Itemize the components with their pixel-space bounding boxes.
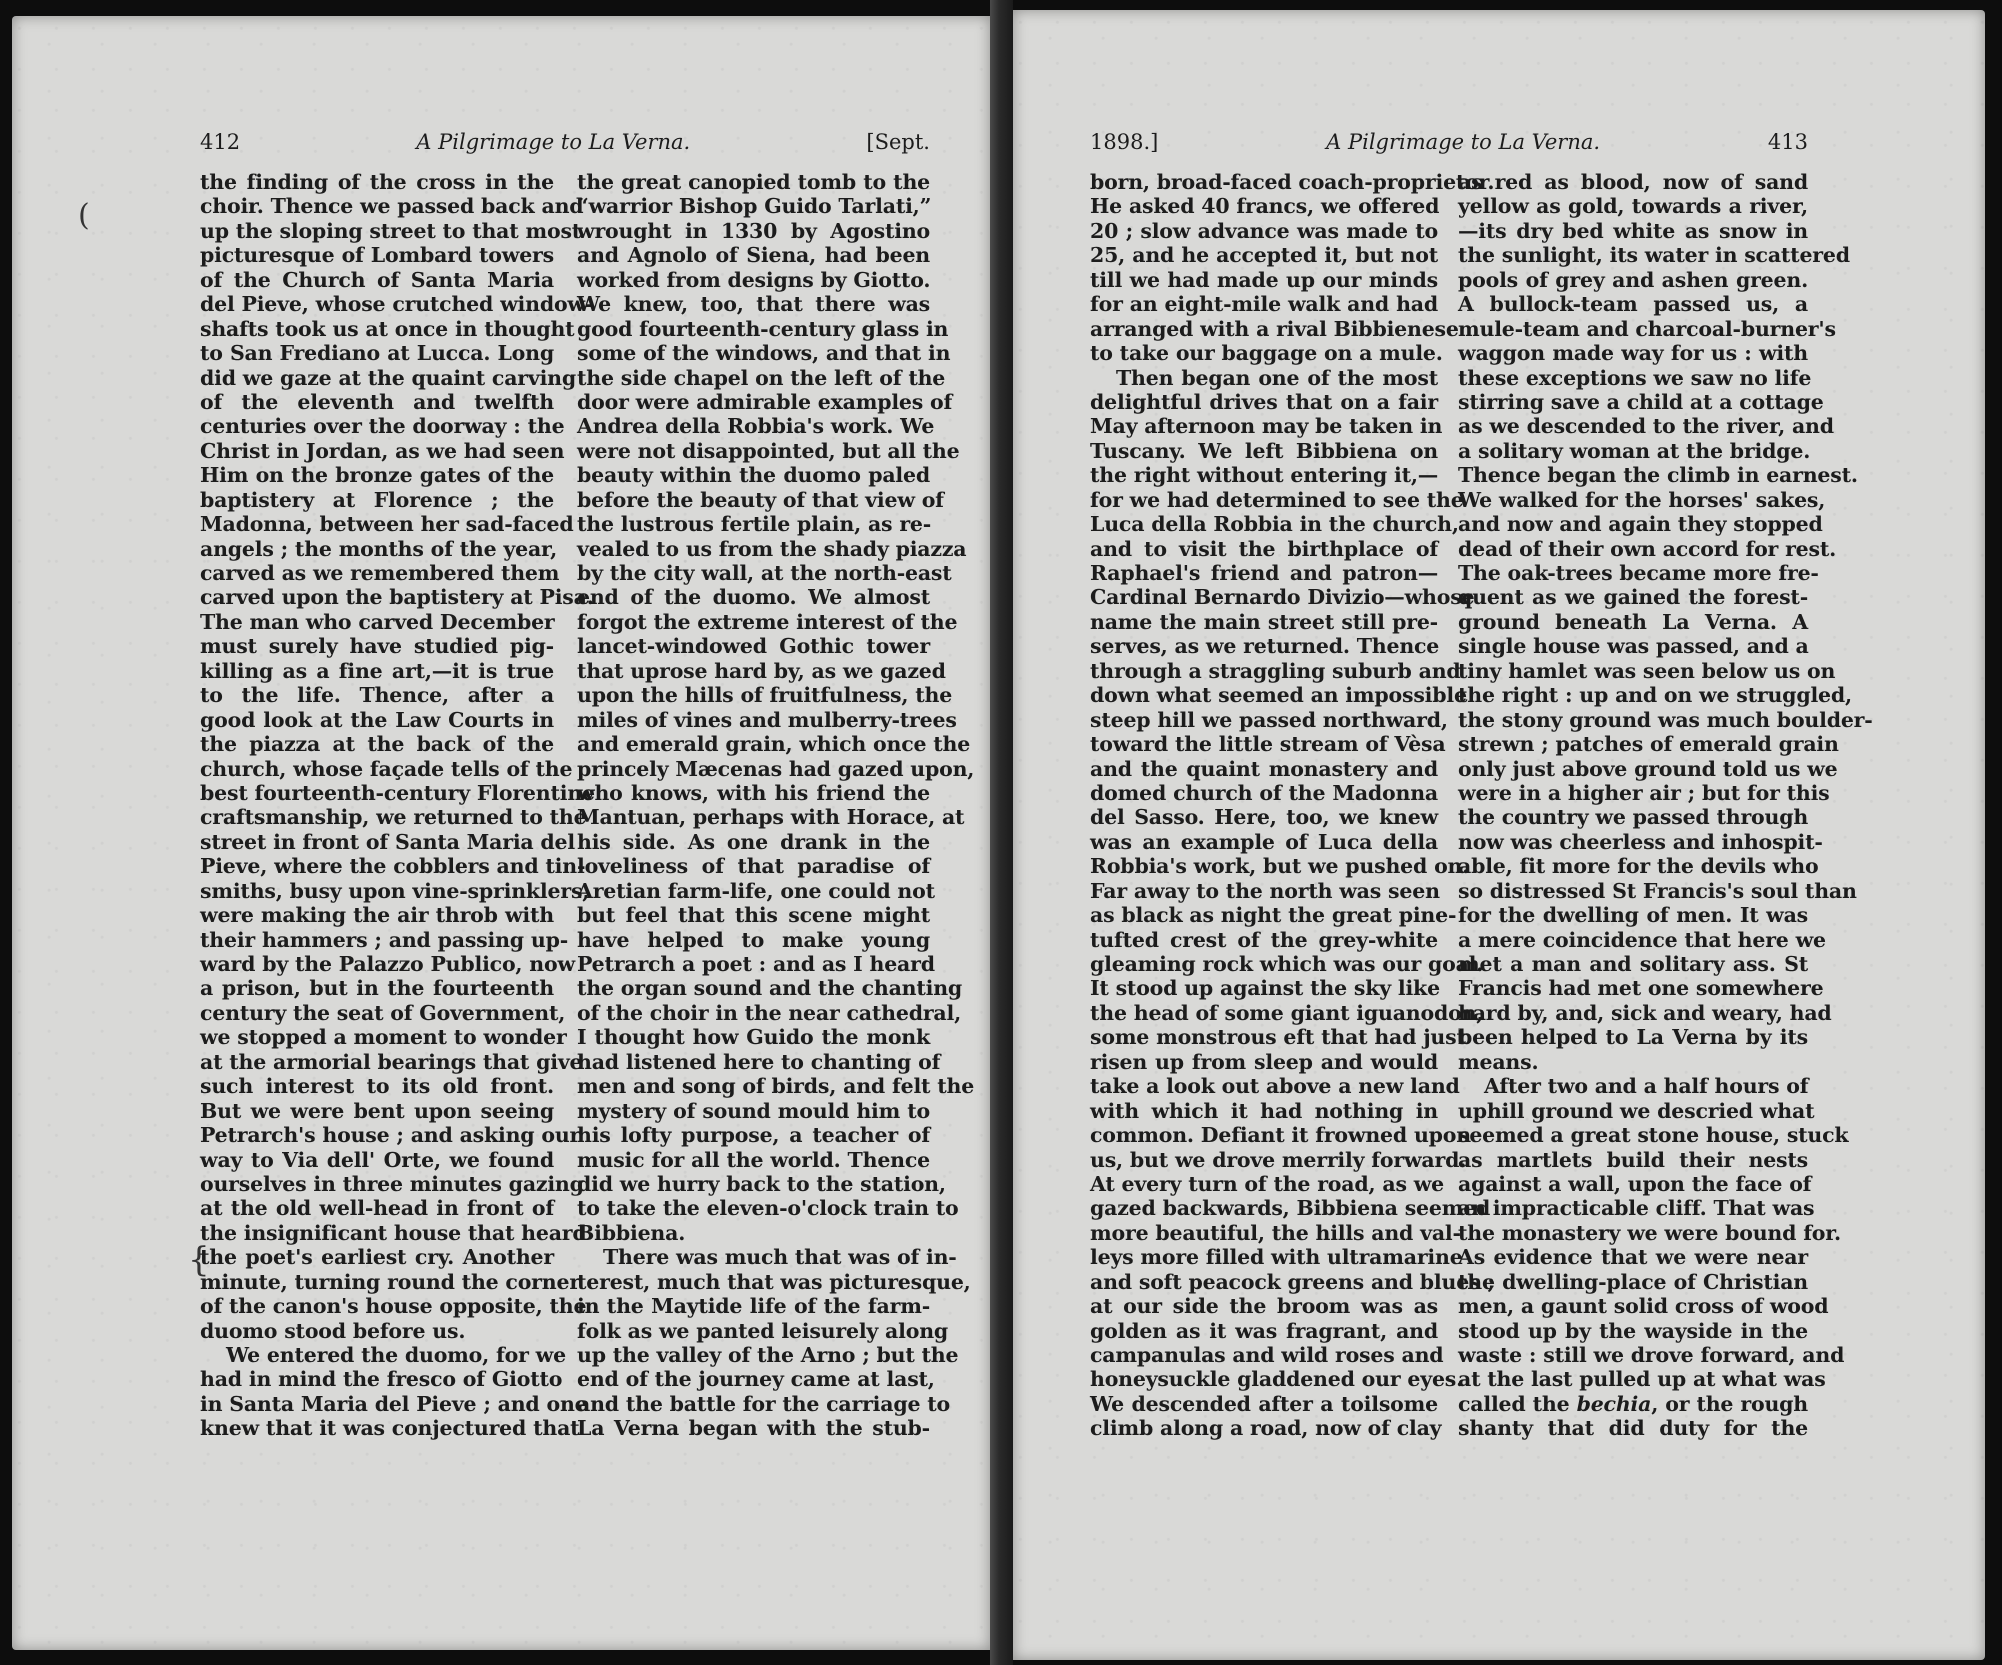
text-line: to take the eleven-o'clock train to [577, 1196, 930, 1220]
text-line: was an example of Luca della [1090, 830, 1438, 854]
text-line: at our side the broom was as [1090, 1294, 1438, 1318]
text-line: these exceptions we saw no life [1458, 366, 1808, 390]
text-line: best fourteenth-century Florentine [200, 781, 554, 805]
page-number-left: 412 [200, 127, 240, 157]
text-line: seemed a great stone house, stuck [1458, 1123, 1808, 1147]
text-line: able, fit more for the devils who [1458, 854, 1808, 878]
text-line: Far away to the north was seen [1090, 879, 1438, 903]
text-line: good fourteenth-century glass in [577, 317, 930, 341]
text-line: for we had determined to see the [1090, 488, 1438, 512]
text-line: did we gaze at the quaint carving [200, 366, 554, 390]
text-line: at the armorial bearings that give [200, 1050, 554, 1074]
text-line: picturesque of Lombard towers [200, 243, 554, 267]
running-title-left: A Pilgrimage to La Verna. [416, 127, 690, 157]
text-line: Robbia's work, but we pushed on. [1090, 854, 1438, 878]
text-line: stood up by the wayside in the [1458, 1319, 1808, 1343]
text-line: Then began one of the most [1090, 366, 1438, 390]
text-line: mystery of sound mould him to [577, 1099, 930, 1123]
text-line: to the life. Thence, after a [200, 683, 554, 707]
text-line: for an eight-mile walk and had [1090, 292, 1438, 316]
text-line: music for all the world. Thence [577, 1148, 930, 1172]
text-line: shafts took us at once in thought [200, 317, 554, 341]
text-line: had listened here to chanting of [577, 1050, 930, 1074]
text-line: I thought how Guido the monk [577, 1025, 930, 1049]
text-line: the finding of the cross in the [200, 170, 554, 194]
margin-pencil-mark: ( [78, 198, 90, 233]
text-line: the insignificant house that heard [200, 1221, 554, 1245]
text-line: Thence began the climb in earnest. [1458, 463, 1808, 487]
text-line: Mantuan, perhaps with Horace, at [577, 805, 930, 829]
text-line: forgot the extreme interest of the [577, 610, 930, 634]
text-line: It stood up against the sky like [1090, 976, 1438, 1000]
text-line: climb along a road, now of clay [1090, 1416, 1438, 1440]
text-line: Christ in Jordan, as we had seen [200, 439, 554, 463]
text-line: He asked 40 francs, we offered [1090, 194, 1438, 218]
text-line: shanty that did duty for the [1458, 1416, 1808, 1440]
text-line: as red as blood, now of sand [1458, 170, 1808, 194]
text-line: golden as it was fragrant, and [1090, 1319, 1438, 1343]
text-line: Raphael's friend and patron— [1090, 561, 1438, 585]
text-line: take a look out above a new land [1090, 1074, 1438, 1098]
text-line: At every turn of the road, as we [1090, 1172, 1438, 1196]
text-line: domed church of the Madonna [1090, 781, 1438, 805]
text-line: way to Via dell' Orte, we found [200, 1148, 554, 1172]
text-line: loveliness of that paradise of [577, 854, 930, 878]
text-line: street in front of Santa Maria del [200, 830, 554, 854]
text-line: must surely have studied pig- [200, 634, 554, 658]
text-line: common. Defiant it frowned upon [1090, 1123, 1438, 1147]
text-line: before the beauty of that view of [577, 488, 930, 512]
text-line: of the Church of Santa Maria [200, 268, 554, 292]
text-line: hard by, and, sick and weary, had [1458, 1001, 1808, 1025]
text-line: his lofty purpose, a teacher of [577, 1123, 930, 1147]
text-line: 20 ; slow advance was made to [1090, 219, 1438, 243]
text-line: were making the air throb with [200, 903, 554, 927]
text-line: Luca della Robbia in the church, [1090, 512, 1438, 536]
text-line: and the quaint monastery and [1090, 757, 1438, 781]
text-line: the poet's earliest cry. Another [200, 1245, 554, 1269]
text-line: lancet-windowed Gothic tower [577, 634, 930, 658]
text-line: La Verna began with the stub- [577, 1416, 930, 1440]
text-line: May afternoon may be taken in [1090, 414, 1438, 438]
text-line: Petrarch's house ; and asking our [200, 1123, 554, 1147]
text-line: some of the windows, and that in [577, 341, 930, 365]
text-line: name the main street still pre- [1090, 610, 1438, 634]
text-line: the head of some giant iguanodon, [1090, 1001, 1438, 1025]
text-line: princely Mæcenas had gazed upon, [577, 757, 930, 781]
text-line: us, but we drove merrily forward. [1090, 1148, 1438, 1172]
left-page-column-1: the finding of the cross in thechoir. Th… [200, 170, 554, 1441]
text-line: at the old well-head in front of [200, 1196, 554, 1220]
text-line: miles of vines and mulberry-trees [577, 708, 930, 732]
text-line: There was much that was of in- [577, 1245, 930, 1269]
text-line: of the choir in the near cathedral, [577, 1001, 930, 1025]
text-line: his side. As one drank in the [577, 830, 930, 854]
text-line: steep hill we passed northward, [1090, 708, 1438, 732]
text-line: strewn ; patches of emerald grain [1458, 732, 1808, 756]
text-line: tiny hamlet was seen below us on [1458, 659, 1808, 683]
text-line: We walked for the horses' sakes, [1458, 488, 1808, 512]
text-line: for the dwelling of men. It was [1458, 903, 1808, 927]
text-line: dead of their own accord for rest. [1458, 537, 1808, 561]
text-line: to take our baggage on a mule. [1090, 341, 1438, 365]
text-line: yellow as gold, towards a river, [1458, 194, 1808, 218]
text-line: arranged with a rival Bibbienese [1090, 317, 1438, 341]
text-line: Pieve, where the cobblers and tin- [200, 854, 554, 878]
text-line: who knows, with his friend the [577, 781, 930, 805]
text-line: so distressed St Francis's soul than [1458, 879, 1808, 903]
running-title-right: A Pilgrimage to La Verna. [1326, 127, 1600, 157]
text-line: that uprose hard by, as we gazed [577, 659, 930, 683]
text-line: Aretian farm-life, one could not [577, 879, 930, 903]
text-line: been helped to La Verna by its [1458, 1025, 1808, 1049]
text-line: in Santa Maria del Pieve ; and one [200, 1392, 554, 1416]
text-line: honeysuckle gladdened our eyes. [1090, 1367, 1438, 1391]
text-line: knew that it was conjectured that [200, 1416, 554, 1440]
text-line: and Agnolo of Siena, had been [577, 243, 930, 267]
text-line: Francis had met one somewhere [1458, 976, 1808, 1000]
italic-word: bechia [1577, 1392, 1652, 1416]
text-line: quent as we gained the forest- [1458, 585, 1808, 609]
text-line: called the bechia, or the rough [1458, 1392, 1808, 1416]
text-line: the country we passed through [1458, 805, 1808, 829]
text-line: del Pieve, whose crutched window- [200, 292, 554, 316]
text-line: “warrior Bishop Guido Tarlati,” [577, 194, 930, 218]
text-line: Him on the bronze gates of the [200, 463, 554, 487]
text-line: We knew, too, that there was [577, 292, 930, 316]
text-line: we stopped a moment to wonder [200, 1025, 554, 1049]
text-line: the piazza at the back of the [200, 732, 554, 756]
text-line: waggon made way for us : with [1458, 341, 1808, 365]
text-line: gleaming rock which was our goal. [1090, 952, 1438, 976]
text-line: Cardinal Bernardo Divizio—whose [1090, 585, 1438, 609]
text-line: and the battle for the carriage to [577, 1392, 930, 1416]
text-line: terest, much that was picturesque, [577, 1270, 930, 1294]
text-line: We entered the duomo, for we [200, 1343, 554, 1367]
text-line: and soft peacock greens and blues ; [1090, 1270, 1438, 1294]
text-line: at the last pulled up at what was [1458, 1367, 1808, 1391]
text-line: risen up from sleep and would [1090, 1050, 1438, 1074]
text-line: delightful drives that on a fair [1090, 390, 1438, 414]
text-line: Petrarch a poet : and as I heard [577, 952, 930, 976]
text-line: centuries over the doorway : the [200, 414, 554, 438]
text-line: end of the journey came at last, [577, 1367, 930, 1391]
text-line: the side chapel on the left of the [577, 366, 930, 390]
text-line: century the seat of Government, [200, 1001, 554, 1025]
text-line: men and song of birds, and felt the [577, 1074, 930, 1098]
text-line: through a straggling suburb and [1090, 659, 1438, 683]
text-line: have helped to make young [577, 928, 930, 952]
text-line: means. [1458, 1050, 1808, 1074]
text-line: After two and a half hours of [1458, 1074, 1808, 1098]
text-line: killing as a fine art,—it is true [200, 659, 554, 683]
text-line: uphill ground we descried what [1458, 1099, 1808, 1123]
text-line: the lustrous fertile plain, as re- [577, 512, 930, 536]
text-line: such interest to its old front. [200, 1074, 554, 1098]
text-line: Andrea della Robbia's work. We [577, 414, 930, 438]
text-line: more beautiful, the hills and val- [1090, 1221, 1438, 1245]
text-line: men, a gaunt solid cross of wood [1458, 1294, 1808, 1318]
text-line: were in a higher air ; but for this [1458, 781, 1808, 805]
text-line: the stony ground was much boulder- [1458, 708, 1808, 732]
text-line: pools of grey and ashen green. [1458, 268, 1808, 292]
text-line: wrought in 1330 by Agostino [577, 219, 930, 243]
text-line: in the Maytide life of the farm- [577, 1294, 930, 1318]
text-line: to San Frediano at Lucca. Long [200, 341, 554, 365]
text-line: We descended after a toilsome [1090, 1392, 1438, 1416]
text-line: the dwelling-place of Christian [1458, 1270, 1808, 1294]
text-line: and now and again they stopped [1458, 512, 1808, 536]
text-line: of the canon's house opposite, the [200, 1294, 554, 1318]
text-line: —its dry bed white as snow in [1458, 219, 1808, 243]
text-line: ward by the Palazzo Publico, now [200, 952, 554, 976]
left-page-header: 412 A Pilgrimage to La Verna. [Sept. [200, 127, 930, 157]
text-line: stirring save a child at a cottage [1458, 390, 1808, 414]
text-line: Bibbiena. [577, 1221, 930, 1245]
text-line: now was cheerless and inhospit- [1458, 830, 1808, 854]
right-page-column-2: as red as blood, now of sandyellow as go… [1458, 170, 1808, 1441]
text-line: but feel that this scene might [577, 903, 930, 927]
text-line: some monstrous eft that had just [1090, 1025, 1438, 1049]
right-page-header: 1898.] A Pilgrimage to La Verna. 413 [1090, 127, 1808, 157]
text-line: carved as we remembered them [200, 561, 554, 585]
text-line: had in mind the fresco of Giotto [200, 1367, 554, 1391]
text-line: The oak-trees became more fre- [1458, 561, 1808, 585]
text-line: As evidence that we were near [1458, 1245, 1808, 1269]
text-line: the organ sound and the chanting [577, 976, 930, 1000]
text-line: of the eleventh and twelfth [200, 390, 554, 414]
text-line: The man who carved December [200, 610, 554, 634]
text-line: born, broad-faced coach-proprietor. [1090, 170, 1438, 194]
text-line: ourselves in three minutes gazing [200, 1172, 554, 1196]
text-line: mule-team and charcoal-burner's [1458, 317, 1808, 341]
text-line: 25, and he accepted it, but not [1090, 243, 1438, 267]
text-line: up the sloping street to that most [200, 219, 554, 243]
text-line: the right : up and on we struggled, [1458, 683, 1808, 707]
text-line: the monastery we were bound for. [1458, 1221, 1808, 1245]
text-line: choir. Thence we passed back and [200, 194, 554, 218]
text-line: Madonna, between her sad-faced [200, 512, 554, 536]
text-line: against a wall, upon the face of [1458, 1172, 1808, 1196]
text-line: del Sasso. Here, too, we knew [1090, 805, 1438, 829]
text-line: beauty within the duomo paled [577, 463, 930, 487]
left-page-column-2: the great canopied tomb to the“warrior B… [577, 170, 930, 1441]
date-mark-left: [Sept. [866, 127, 930, 157]
text-line: did we hurry back to the station, [577, 1172, 930, 1196]
text-line: the right without entering it,— [1090, 463, 1438, 487]
text-line: folk as we panted leisurely along [577, 1319, 930, 1343]
text-line: waste : still we drove forward, and [1458, 1343, 1808, 1367]
date-mark-right: 1898.] [1090, 127, 1158, 157]
text-line: and emerald grain, which once the [577, 732, 930, 756]
text-line: a mere coincidence that here we [1458, 928, 1808, 952]
text-line: single house was passed, and a [1458, 634, 1808, 658]
text-line: were not disappointed, but all the [577, 439, 930, 463]
text-line: with which it had nothing in [1090, 1099, 1438, 1123]
text-line: down what seemed an impossible [1090, 683, 1438, 707]
text-line: smiths, busy upon vine-sprinklers, [200, 879, 554, 903]
text-line: toward the little stream of Vèsa [1090, 732, 1438, 756]
text-line: by the city wall, at the north-east [577, 561, 930, 585]
text-line: serves, as we returned. Thence [1090, 634, 1438, 658]
text-line: met a man and solitary ass. St [1458, 952, 1808, 976]
text-line: Tuscany. We left Bibbiena on [1090, 439, 1438, 463]
text-line: carved upon the baptistery at Pisa. [200, 585, 554, 609]
text-line: minute, turning round the corner [200, 1270, 554, 1294]
text-line: a solitary woman at the bridge. [1458, 439, 1808, 463]
text-line: good look at the Law Courts in [200, 708, 554, 732]
text-line: But we were bent upon seeing [200, 1099, 554, 1123]
text-line: leys more filled with ultramarine [1090, 1245, 1438, 1269]
text-line: campanulas and wild roses and [1090, 1343, 1438, 1367]
text-line: their hammers ; and passing up- [200, 928, 554, 952]
right-page-column-1: born, broad-faced coach-proprietor.He as… [1090, 170, 1438, 1441]
text-line: as we descended to the river, and [1458, 414, 1808, 438]
text-line: and to visit the birthplace of [1090, 537, 1438, 561]
text-line: as black as night the great pine- [1090, 903, 1438, 927]
text-line: end of the duomo. We almost [577, 585, 930, 609]
page-number-right: 413 [1768, 127, 1808, 157]
text-line: tufted crest of the grey-white [1090, 928, 1438, 952]
text-line: ground beneath La Verna. A [1458, 610, 1808, 634]
text-line: till we had made up our minds [1090, 268, 1438, 292]
text-line: worked from designs by Giotto. [577, 268, 930, 292]
text-line: the sunlight, its water in scattered [1458, 243, 1808, 267]
text-line: upon the hills of fruitfulness, the [577, 683, 930, 707]
text-line: duomo stood before us. [200, 1319, 554, 1343]
text-line: the great canopied tomb to the [577, 170, 930, 194]
text-line: an impracticable cliff. That was [1458, 1196, 1808, 1220]
text-line: gazed backwards, Bibbiena seemed [1090, 1196, 1438, 1220]
text-line: angels ; the months of the year, [200, 537, 554, 561]
text-line: craftsmanship, we returned to the [200, 805, 554, 829]
text-line: as martlets build their nests [1458, 1148, 1808, 1172]
text-line: A bullock-team passed us, a [1458, 292, 1808, 316]
book-spine [990, 0, 1013, 1665]
text-line: up the valley of the Arno ; but the [577, 1343, 930, 1367]
text-line: baptistery at Florence ; the [200, 488, 554, 512]
text-line: church, whose façade tells of the [200, 757, 554, 781]
text-line: vealed to us from the shady piazza [577, 537, 930, 561]
text-line: door were admirable examples of [577, 390, 930, 414]
text-line: only just above ground told us we [1458, 757, 1808, 781]
text-line: a prison, but in the fourteenth [200, 976, 554, 1000]
